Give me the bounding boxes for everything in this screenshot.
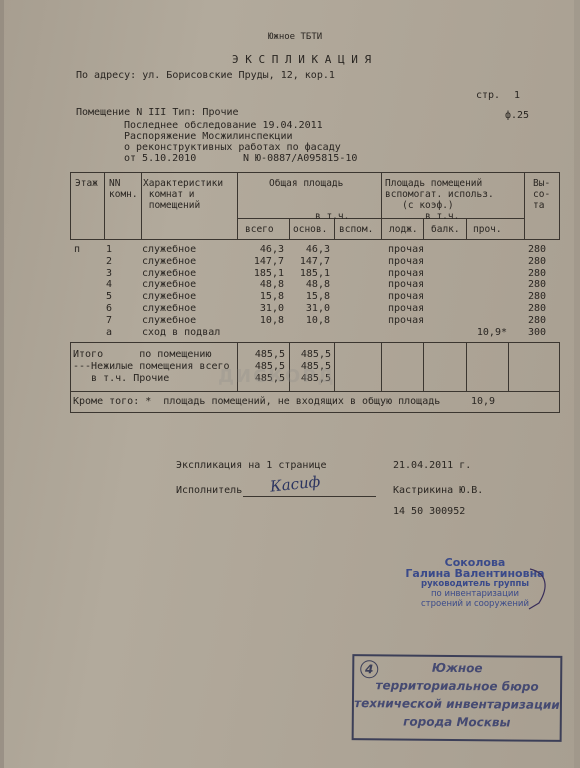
- page-label: стр.: [476, 90, 500, 102]
- totals-main: 485,5: [289, 349, 331, 361]
- cell-purpose: прочая: [388, 256, 424, 268]
- cell-floor: п: [74, 244, 80, 256]
- cell-main: 185,1: [288, 268, 330, 280]
- cell-purpose: прочая: [388, 279, 424, 291]
- totals-row: Итого по помещению485,5485,5: [71, 349, 561, 361]
- cell-main: 31,0: [288, 303, 330, 315]
- order-date: от 5.10.2010: [124, 153, 196, 165]
- totals-label: ---Нежилые помещения всего: [73, 361, 230, 373]
- stamp-line-4: города Москвы: [354, 714, 560, 730]
- stamp-line-3: технической инвентаризации: [354, 696, 560, 712]
- cell-name: служебное: [142, 303, 196, 315]
- signer-position-3: строений и сооружений: [405, 599, 545, 609]
- totals-total: 485,5: [239, 349, 285, 361]
- cell-room: а: [106, 327, 112, 339]
- page-edge-right: [574, 0, 580, 768]
- cell-purpose: прочая: [388, 315, 424, 327]
- page-number: 1: [514, 90, 520, 102]
- form-code: ф.25: [505, 110, 529, 122]
- order-number: N Ю-0887/А095815-10: [243, 153, 357, 165]
- cell-total: 10,8: [238, 315, 284, 327]
- address-line: По адресу: ул. Борисовские Пруды, 12, ко…: [76, 70, 335, 82]
- registry-code: 14 50 300952: [393, 506, 465, 518]
- table-row: 3служебное185,1185,1прочая280: [70, 268, 560, 280]
- cell-purpose: прочая: [388, 268, 424, 280]
- totals-label: в т.ч. Прочие: [73, 373, 169, 385]
- header-aux: вспом.: [339, 224, 373, 235]
- header-characteristics: Характеристики комнат и помещений: [143, 178, 223, 211]
- pages-text: Экспликация на 1 странице: [176, 460, 327, 472]
- cell-height: 300: [510, 327, 546, 339]
- header-total: всего: [245, 224, 274, 235]
- cell-main: 48,8: [288, 279, 330, 291]
- watermark: ДИСКОРД: [218, 366, 336, 387]
- header-incl-1: в т.ч.: [315, 211, 349, 222]
- cell-height: 280: [510, 268, 546, 280]
- cell-main: 147,7: [288, 256, 330, 268]
- cell-purpose: прочая: [388, 291, 424, 303]
- table-row: 2служебное147,7147,7прочая280: [70, 256, 560, 268]
- header-room-no: NN комн.: [109, 178, 138, 200]
- premises-line: Помещение N III Тип: Прочие: [76, 107, 239, 119]
- organization-name: Южное ТБТИ: [268, 31, 322, 43]
- cell-total: 185,1: [238, 268, 284, 280]
- cell-name: служебное: [142, 315, 196, 327]
- cell-room: 5: [106, 291, 112, 303]
- footnote-value: 10,9: [471, 396, 495, 407]
- cell-room: 4: [106, 279, 112, 291]
- footnote-row: Кроме того: * площадь помещений, не вход…: [70, 392, 560, 413]
- cell-height: 280: [510, 256, 546, 268]
- cell-total: 46,3: [238, 244, 284, 256]
- document-date: 21.04.2011 г.: [393, 460, 471, 472]
- header-aux-area: Площадь помещений вспомогат. использ. (с…: [385, 178, 494, 211]
- signature: Касиф: [270, 475, 321, 492]
- footnote-text: Кроме того: * площадь помещений, не вход…: [73, 396, 440, 407]
- cell-height: 280: [510, 291, 546, 303]
- table-row: 4служебное48,848,8прочая280: [70, 279, 560, 291]
- cell-room: 3: [106, 268, 112, 280]
- cell-total: 31,0: [238, 303, 284, 315]
- cell-name: служебное: [142, 244, 196, 256]
- cell-room: 2: [106, 256, 112, 268]
- cell-main: 10,8: [288, 315, 330, 327]
- cell-name: служебное: [142, 291, 196, 303]
- cell-other: 10,9*: [465, 327, 507, 339]
- signature-line: [243, 496, 376, 497]
- document-title: Э К С П Л И К А Ц И Я: [232, 54, 371, 66]
- table-row: п1служебное46,346,3прочая280: [70, 244, 560, 256]
- cell-total: 147,7: [238, 256, 284, 268]
- page-edge-left: [0, 0, 4, 768]
- signer-position-1: руководитель группы: [405, 579, 545, 589]
- totals-label: Итого по помещению: [73, 349, 211, 361]
- executor-label: Исполнитель: [176, 485, 242, 497]
- header-other: проч.: [473, 224, 502, 235]
- cell-total: 48,8: [238, 279, 284, 291]
- table-row: асход в подвал10,9*300: [70, 327, 560, 339]
- cell-total: 15,8: [238, 291, 284, 303]
- header-incl-2: в т.ч.: [425, 211, 459, 222]
- cell-purpose: прочая: [388, 244, 424, 256]
- header-total-area: Общая площадь: [269, 178, 343, 189]
- cell-height: 280: [510, 315, 546, 327]
- cell-purpose: прочая: [388, 303, 424, 315]
- cell-main: 46,3: [288, 244, 330, 256]
- office-stamp: 4 Южное территориальное бюро технической…: [352, 654, 563, 742]
- executor-name: Кастрикина Ю.В.: [393, 485, 483, 497]
- signature-stroke-icon: [525, 565, 555, 615]
- header-main: основ.: [293, 224, 327, 235]
- table-row: 6служебное31,031,0прочая280: [70, 303, 560, 315]
- cell-name: служебное: [142, 279, 196, 291]
- table-row: 7служебное10,810,8прочая280: [70, 315, 560, 327]
- cell-room: 1: [106, 244, 112, 256]
- stamp-line-1: Южное: [354, 660, 560, 676]
- cell-main: 15,8: [288, 291, 330, 303]
- cell-name: сход в подвал: [142, 327, 220, 339]
- cell-height: 280: [510, 303, 546, 315]
- header-balcony: балк.: [431, 224, 460, 235]
- cell-name: служебное: [142, 256, 196, 268]
- header-height: Вы- со- та: [533, 178, 550, 211]
- table-header: Этаж NN комн. Характеристики комнат и по…: [70, 172, 560, 240]
- table-row: 5служебное15,815,8прочая280: [70, 291, 560, 303]
- stamp-line-2: территориальное бюро: [354, 678, 560, 694]
- document-page: Южное ТБТИ Э К С П Л И К А Ц И Я По адре…: [0, 0, 580, 768]
- signer-position-2: по инвентаризации: [405, 589, 545, 599]
- cell-room: 7: [106, 315, 112, 327]
- cell-room: 6: [106, 303, 112, 315]
- cell-name: служебное: [142, 268, 196, 280]
- cell-height: 280: [510, 279, 546, 291]
- header-floor: Этаж: [75, 178, 98, 189]
- header-loggia: лодж.: [389, 224, 418, 235]
- cell-height: 280: [510, 244, 546, 256]
